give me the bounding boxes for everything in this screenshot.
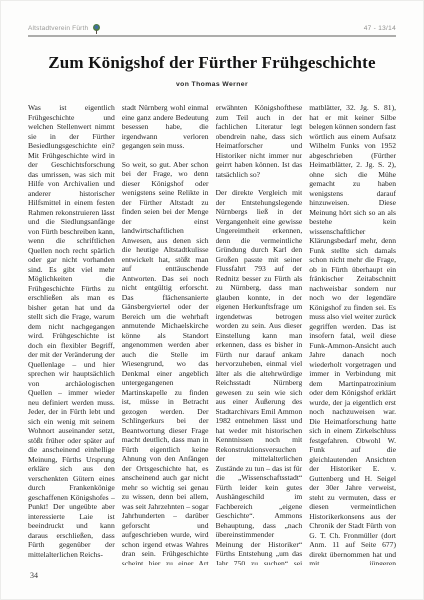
article-body: Was ist eigentlich Frühgeschichte und we… (28, 103, 396, 565)
paragraph: Was ist eigentlich Frühgeschichte und we… (28, 103, 115, 559)
paragraph: So weit, so gut. Aber schon bei der Frag… (122, 160, 209, 566)
magazine-page: Altstadtverein Fürth 47 - 13/14 Zum Köni… (0, 0, 424, 600)
paragraph: erwähnten Königshofthese zum Teil auch i… (216, 103, 303, 179)
text-column-4: matblätter, 32. Jg. S. 81), hat er mit k… (309, 103, 396, 565)
text-column-1: Was ist eigentlich Frühgeschichte und we… (28, 103, 115, 565)
text-column-3: erwähnten Königshofthese zum Teil auch i… (216, 103, 303, 565)
article-title: Zum Königshof der Fürther Frühgeschichte (28, 53, 396, 73)
header-issue-number: 47 - 13/14 (364, 25, 396, 32)
page-number: 34 (30, 571, 38, 580)
tree-trunk (96, 30, 97, 34)
page-header: Altstadtverein Fürth 47 - 13/14 (28, 18, 396, 37)
header-publication-label: Altstadtverein Fürth (28, 25, 88, 32)
tree-icon (93, 24, 100, 34)
paragraph: matblätter, 32. Jg. S. 81), hat er mit k… (309, 103, 396, 565)
text-column-2: stadt Nürnberg wohl einmal eine ganz and… (122, 103, 209, 565)
paragraph: stadt Nürnberg wohl einmal eine ganz and… (122, 103, 209, 151)
paragraph: Der direkte Vergleich mit der Entstehung… (216, 188, 303, 565)
article-byline: von Thomas Werner (28, 81, 396, 88)
